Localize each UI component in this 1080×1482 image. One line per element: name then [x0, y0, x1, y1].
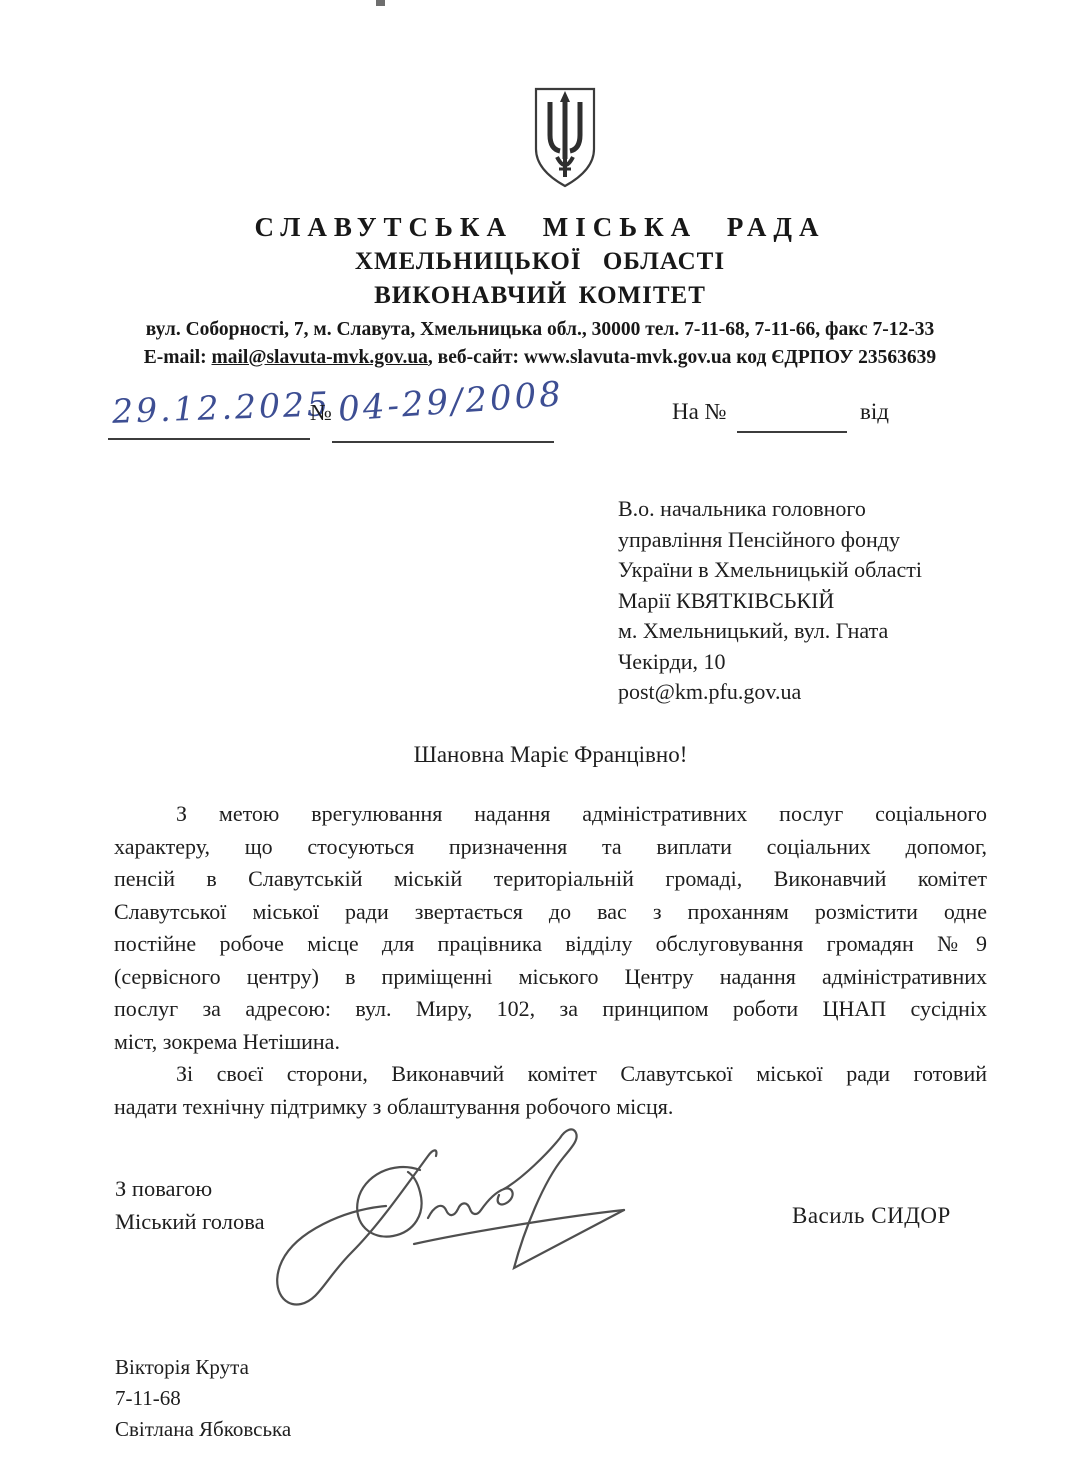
recipient-line: В.о. начальника головного [618, 494, 1018, 525]
org-address-line: вул. Соборності, 7, м. Славута, Хмельниц… [0, 316, 1080, 344]
signoff-block: З повагою Міський голова [115, 1172, 265, 1238]
from-date-label: від [860, 399, 889, 425]
org-website-edrpou: , веб-сайт: www.slavuta-mvk.gov.ua код Є… [428, 347, 936, 368]
ukraine-trident-emblem-icon [527, 84, 603, 192]
recipient-line: управління Пенсійного фонду [618, 525, 1018, 556]
body-line: характеру, що стосуються призначення та … [114, 831, 987, 864]
handwritten-outgoing-number: 04-29/2008 [337, 374, 565, 430]
executor-contacts: Вікторія Крута 7-11-68 Світлана Ябковськ… [115, 1352, 291, 1445]
date-underline [108, 438, 310, 440]
body-line: Славутської міської ради звертається до … [114, 896, 987, 929]
signer-title: Міський голова [115, 1205, 265, 1238]
email-label: E-mail: [144, 347, 212, 368]
incoming-number-label: На № [672, 399, 727, 425]
letter-body: З метою врегулювання надання адміністрат… [114, 798, 987, 1123]
body-line: постійне робоче місце для працівника від… [114, 928, 987, 961]
letterhead-contacts: вул. Соборності, 7, м. Славута, Хмельниц… [0, 316, 1080, 372]
number-underline [332, 441, 554, 443]
org-name: СЛАВУТСЬКА МІСЬКА РАДА [0, 212, 1080, 243]
recipient-line: м. Хмельницький, вул. Гната [618, 616, 1018, 647]
executor-name-2: Світлана Ябковська [115, 1414, 291, 1445]
body-line: пенсій в Славутській міській територіаль… [114, 863, 987, 896]
body-line: послуг за адресою: вул. Миру, 102, за пр… [114, 993, 987, 1026]
handwritten-signature [268, 1118, 638, 1318]
recipient-line: Чекірди, 10 [618, 647, 1018, 678]
recipient-line: Марії КВЯТКІВСЬКІЙ [618, 586, 1018, 617]
recipient-email: post@km.pfu.gov.ua [618, 677, 1018, 708]
executor-name-1: Вікторія Крута [115, 1352, 291, 1383]
handwritten-date: 29.12.2025 [111, 384, 331, 431]
org-region: ХМЕЛЬНИЦЬКОЇ ОБЛАСТІ [0, 248, 1080, 276]
body-line: Зі своєї сторони, Виконавчий комітет Сла… [114, 1058, 987, 1091]
number-sign-label: № [310, 400, 332, 426]
scan-artifact-speck [376, 0, 385, 6]
body-line: З метою врегулювання надання адміністрат… [114, 798, 987, 831]
letterhead: СЛАВУТСЬКА МІСЬКА РАДА ХМЕЛЬНИЦЬКОЇ ОБЛА… [0, 212, 1080, 310]
org-body: ВИКОНАВЧИЙ КОМІТЕТ [0, 282, 1080, 310]
closing-phrase: З повагою [115, 1172, 265, 1205]
recipient-block: В.о. начальника головного управління Пен… [618, 494, 1018, 708]
body-line: (сервісного центру) в приміщенні міськог… [114, 961, 987, 994]
org-email-line: E-mail: mail@slavuta-mvk.gov.ua, веб-сай… [0, 344, 1080, 372]
org-email: mail@slavuta-mvk.gov.ua [212, 347, 428, 368]
body-line: міст, зокрема Нетішина. [114, 1026, 987, 1059]
recipient-line: України в Хмельницькій області [618, 555, 1018, 586]
executor-phone: 7-11-68 [115, 1383, 291, 1414]
signer-name: Василь СИДОР [792, 1203, 951, 1229]
salutation: Шановна Маріє Францівно! [114, 742, 987, 768]
letter-scan-page: СЛАВУТСЬКА МІСЬКА РАДА ХМЕЛЬНИЦЬКОЇ ОБЛА… [0, 0, 1080, 1482]
incoming-number-blank-line [737, 431, 847, 433]
